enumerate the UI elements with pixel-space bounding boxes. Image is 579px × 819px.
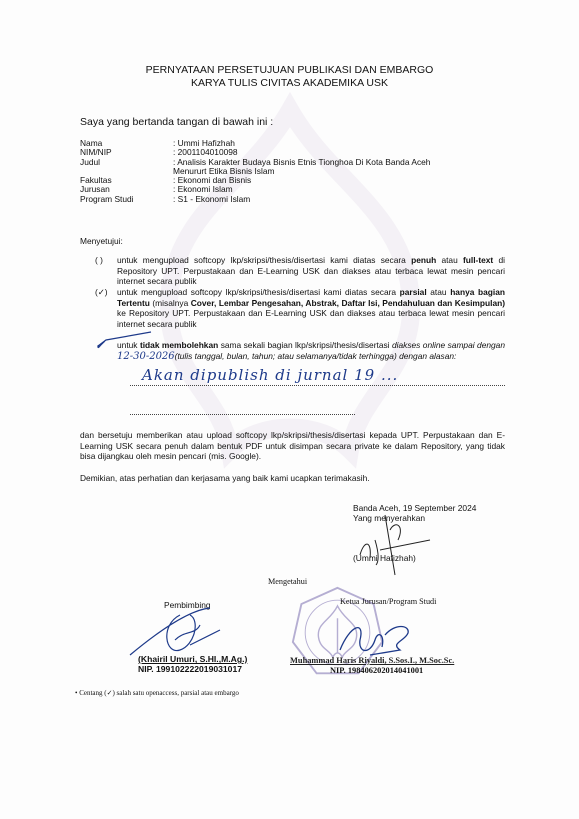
advisor-nip: NIP. 199102222019031017 bbox=[138, 664, 242, 674]
option-partial: (✓) untuk mengupload softcopy lkp/skrips… bbox=[95, 287, 505, 329]
embargo-reason-handwritten: Akan dipublish di jurnal 19 ... bbox=[142, 366, 398, 384]
identity-fields: Nama: Ummi Hafizhah NIM/NIP: 20011040100… bbox=[80, 139, 463, 204]
reason-dotted-line bbox=[130, 384, 505, 386]
footnote: • Centang (✓) salah satu openaccess, par… bbox=[75, 689, 239, 697]
agreement-paragraph: dan bersetuju memberikan atau upload sof… bbox=[80, 430, 505, 462]
field-row: Nama: Ummi Hafizhah bbox=[80, 139, 463, 148]
closing-text: Demikian, atas perhatian dan kerjasama y… bbox=[80, 473, 370, 483]
document-title: PERNYATAAN PERSETUJUAN PUBLIKASI DAN EMB… bbox=[0, 64, 579, 90]
checkbox-embargo-handwritten-check-icon[interactable]: ✓ bbox=[95, 340, 117, 351]
embargo-date-handwritten: 12-30-2026 bbox=[117, 351, 175, 362]
field-row: Jurusan: Ekonomi Islam bbox=[80, 185, 463, 194]
title-line-2: KARYA TULIS CIVITAS AKADEMIKA USK bbox=[0, 77, 579, 90]
field-row: Program Studi: S1 - Ekonomi Islam bbox=[80, 195, 463, 204]
menyetujui-label: Menyetujui: bbox=[80, 236, 123, 246]
head-of-department-name: Muhammad Haris Riyaldi, S.Sos.I., M.Soc.… bbox=[290, 656, 454, 665]
head-of-department-label: Ketua Jurusan/Program Studi bbox=[340, 597, 436, 606]
option-embargo: ✓ untuk tidak membolehkan sama sekali ba… bbox=[95, 340, 505, 362]
signature-block-student: Banda Aceh, 19 September 2024 Yang menye… bbox=[353, 503, 476, 524]
advisor-name: (Khairil Umuri, S.HI.,M.Ag.) bbox=[138, 654, 247, 664]
checkbox-open-access[interactable]: ( ) bbox=[95, 255, 117, 266]
head-of-department-nip: NIP. 198406202014041001 bbox=[330, 666, 423, 675]
intro-text: Saya yang bertanda tangan di bawah ini : bbox=[80, 116, 273, 128]
field-row: Menururt Etika Bisnis Islam bbox=[80, 167, 463, 176]
submitter-label: Yang menyerahkan bbox=[353, 513, 476, 523]
field-row: Fakultas: Ekonomi dan Bisnis bbox=[80, 176, 463, 185]
option-open-access: ( ) untuk mengupload softcopy lkp/skrips… bbox=[95, 255, 505, 287]
title-line-1: PERNYATAAN PERSETUJUAN PUBLIKASI DAN EMB… bbox=[0, 64, 579, 77]
student-name: (Ummi Hafizhah) bbox=[353, 553, 416, 563]
checkbox-partial[interactable]: (✓) bbox=[95, 287, 117, 298]
place-date: Banda Aceh, 19 September 2024 bbox=[353, 503, 476, 513]
advisor-label: Pembimbing bbox=[164, 600, 211, 610]
reason-dotted-line-2 bbox=[130, 413, 355, 415]
